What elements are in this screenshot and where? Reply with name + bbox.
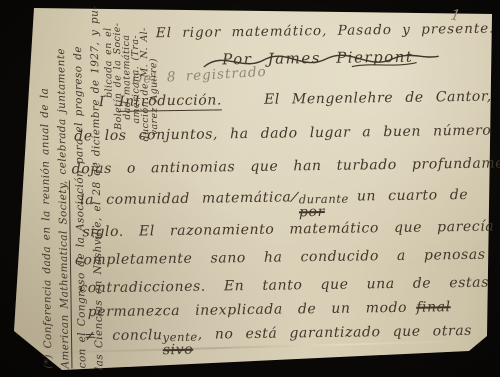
section-numeral: I (99, 94, 105, 110)
footnote-col-2: American Mathematical Society, celebrada… (55, 48, 71, 369)
body-line-5: siglo. El razonamiento matemático que pa… (82, 217, 494, 243)
body-line-8: permanezca inexplicada de un modofinal (88, 297, 451, 322)
body-line-4-post: un cuarto de (357, 187, 469, 205)
photo-background: 1 El rigor matemático, Pasado y presente… (0, 0, 500, 377)
footnote-col-2-rest: celebrada juntamente (55, 48, 69, 181)
body-line-7: contradicciones. En tanto que una de est… (79, 273, 489, 299)
body-line-8-text: permanezca inexplicada de un modo (88, 300, 408, 320)
body-line-4-text: la comunidad matemática (80, 189, 291, 208)
body-line-9-post: , no está garantizado que otras (198, 323, 473, 343)
inserted-word-durante: durante (299, 194, 349, 206)
footnote-society-underlined: American Mathematical Society, (57, 180, 73, 368)
page-content: 1 El rigor matemático, Pasado y presente… (0, 0, 500, 377)
section-heading: Introducción. (119, 92, 222, 111)
struck-word-final: final (416, 299, 451, 315)
body-line-9: ≠concluyentesivo, no está garantizado qu… (84, 321, 472, 353)
page-title: El rigor matemático, Pasado y presente. (156, 21, 495, 42)
struck-word-por: por (299, 207, 349, 219)
body-line-3: dojas o antinomias que han turbado profu… (72, 153, 500, 179)
body-line-6: completamente sano ha conducido a penosa… (75, 245, 486, 271)
editorial-mark: ≠ (84, 328, 97, 344)
body-line-9-base: conclu (112, 327, 162, 344)
footnote-col-1: (*) Conferencia dada en la reunión anual… (39, 88, 55, 369)
body-line-1-text: El Mengenlehre de Cantor, o teoría (264, 88, 500, 108)
struck-word-sivo: sivo (163, 345, 198, 356)
body-line-4: la comunidad matemática/duranteporun cua… (80, 185, 468, 217)
inserted-word-yente: yente (163, 332, 198, 343)
